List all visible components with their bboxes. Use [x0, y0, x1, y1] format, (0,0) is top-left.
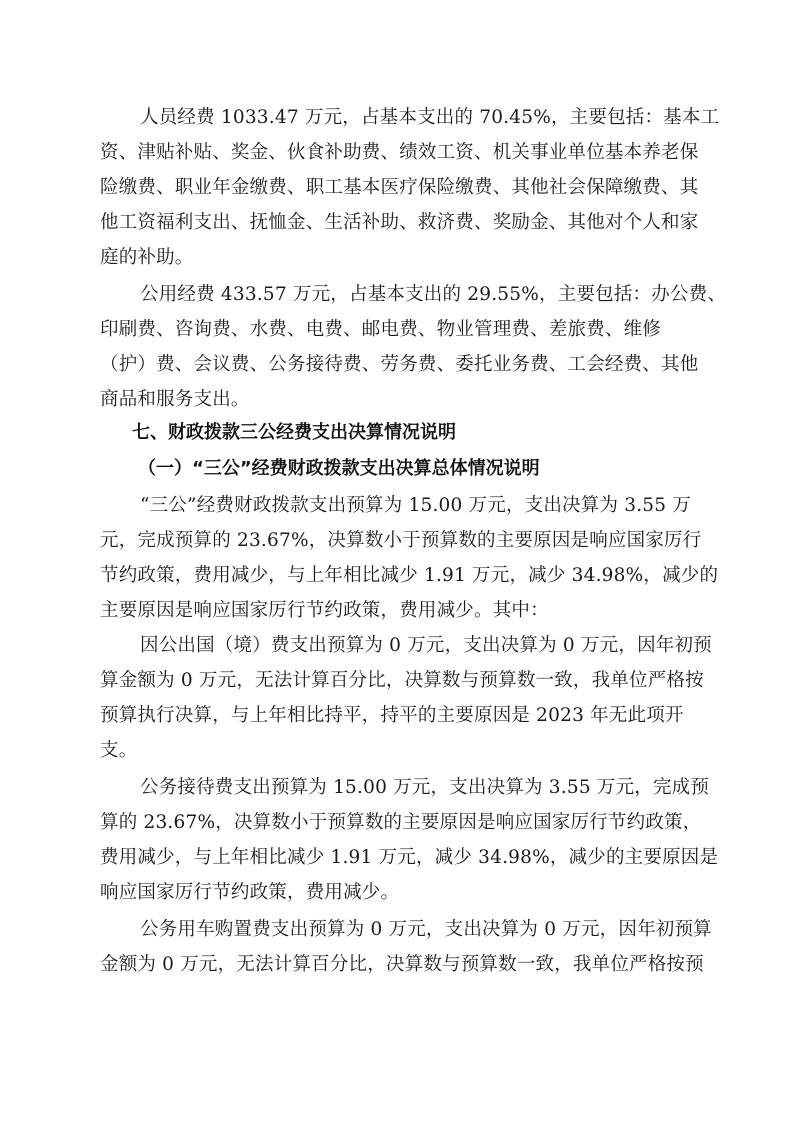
text-line: 资、津贴补贴、奖金、伙食补助费、绩效工资、机关事业单位基本养老保	[100, 141, 720, 165]
text-line: 公用经费 433.57 万元，占基本支出的 29.55%，主要包括：办公费、	[140, 283, 760, 307]
text-line: 他工资福利支出、抚恤金、生活补助、救济费、奖励金、其他对个人和家	[100, 211, 720, 235]
text-line: 节约政策，费用减少，与上年相比减少 1.91 万元，减少 34.98%，减少的	[100, 564, 720, 588]
text-line: 元，完成预算的 23.67%，决算数小于预算数的主要原因是响应国家厉行	[100, 529, 720, 553]
text-line: 印刷费、咨询费、水费、电费、邮电费、物业管理费、差旅费、维修	[100, 318, 720, 342]
text-line: 因公出国（境）费支出预算为 0 万元，支出决算为 0 万元，因年初预	[140, 634, 760, 658]
text-line: 人员经费 1033.47 万元，占基本支出的 70.45%，主要包括：基本工	[140, 106, 760, 130]
text-line: “三公”经费财政拨款支出预算为 15.00 万元，支出决算为 3.55 万	[140, 494, 760, 518]
text-line: 公务用车购置费支出预算为 0 万元，支出决算为 0 万元，因年初预算	[140, 918, 760, 942]
text-line: 支。	[100, 739, 720, 763]
document-page: 人员经费 1033.47 万元，占基本支出的 70.45%，主要包括：基本工 资…	[0, 0, 793, 1122]
text-line: 商品和服务支出。	[100, 388, 720, 412]
text-line: 费用减少，与上年相比减少 1.91 万元，减少 34.98%，减少的主要原因是	[100, 846, 720, 870]
text-line: 算金额为 0 万元，无法计算百分比，决算数与预算数一致，我单位严格按	[100, 669, 720, 693]
text-line: 公务接待费支出预算为 15.00 万元，支出决算为 3.55 万元，完成预	[140, 776, 760, 800]
text-line: 险缴费、职业年金缴费、职工基本医疗保险缴费、其他社会保障缴费、其	[100, 176, 720, 200]
text-line: 算的 23.67%，决算数小于预算数的主要原因是响应国家厉行节约政策，	[100, 811, 720, 835]
section-heading: 七、财政拨款三公经费支出决算情况说明	[132, 421, 456, 445]
text-line: 庭的补助。	[100, 246, 720, 270]
text-line: 主要原因是响应国家厉行节约政策，费用减少。其中：	[100, 599, 720, 623]
text-line: （护）费、会议费、公务接待费、劳务费、委托业务费、工会经费、其他	[100, 353, 720, 377]
text-line: 响应国家厉行节约政策，费用减少。	[100, 881, 720, 905]
text-line: 金额为 0 万元，无法计算百分比，决算数与预算数一致，我单位严格按预	[100, 953, 720, 977]
subsection-heading: （一）“三公”经费财政拨款支出决算总体情况说明	[138, 457, 540, 481]
text-line: 预算执行决算，与上年相比持平，持平的主要原因是 2023 年无此项开	[100, 704, 720, 728]
